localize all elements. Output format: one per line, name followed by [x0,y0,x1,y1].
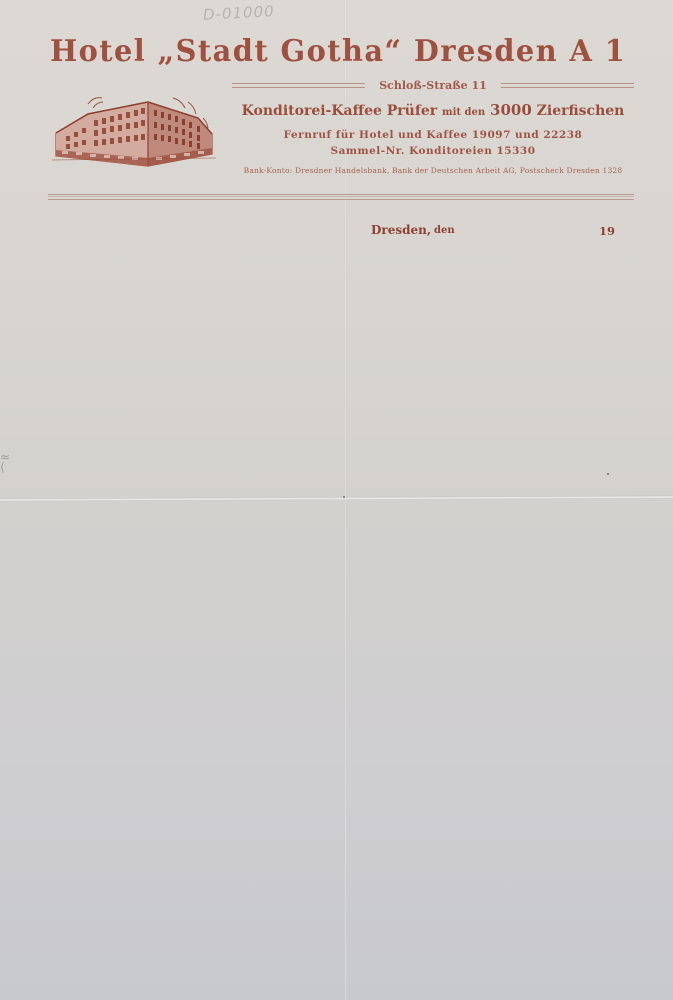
konditorei-number: 3000 [490,101,532,119]
horizontal-fold-crease [0,496,673,502]
dateline-year-prefix: 19 [599,224,615,238]
dateline-city: Dresden, [371,223,431,237]
phone-line: Fernruf für Hotel und Kaffee 19097 und 2… [232,129,634,141]
hotel-title: Hotel „Stadt Gotha“ Dresden A 1 [50,34,616,69]
street-address: Schloß-Straße 11 [365,79,501,92]
hotel-building-illustration [48,88,220,170]
konditorei-name: Konditorei-Kaffee Prüfer [242,103,438,119]
paper-speck [343,496,345,498]
margin-pencil-mark: ≈⟨ [0,452,10,480]
dateline-den: den [434,225,455,236]
pencil-annotation: D-01000 [203,2,276,24]
address-rule-left [232,83,365,88]
paper-speck [607,473,609,475]
letter-sheet: D-01000 ≈⟨ Hotel „Stadt Gotha“ Dresden A… [0,0,673,1000]
letterhead-divider [48,194,634,200]
address-rule-right [501,83,634,88]
bank-account-line: Bank-Konto: Dresdner Handelsbank, Bank d… [232,166,634,175]
address-row: Schloß-Straße 11 [232,77,634,93]
konditorei-connector: mit den [442,107,485,118]
konditorei-line: Konditorei-Kaffee Prüfer mit den 3000 Zi… [232,101,634,119]
konditorei-tail: Zierfischen [537,103,625,119]
collective-number-line: Sammel-Nr. Konditoreien 15330 [232,145,634,157]
